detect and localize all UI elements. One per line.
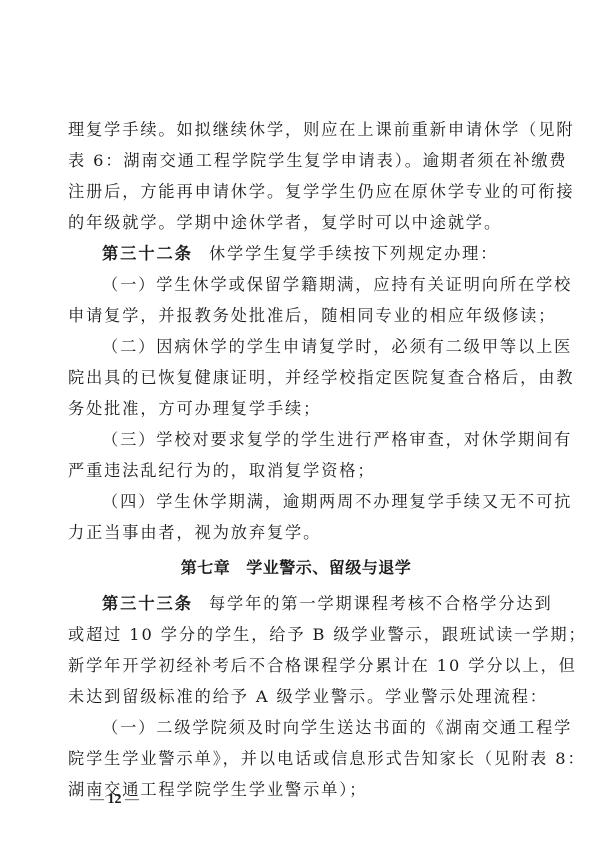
text-line: （四）学生休学期满，逾期两周不办理复学手续又无不可抗 [68,486,524,517]
article-text: 每学年的第一学期课程考核不合格学分达到 [209,594,553,613]
text-line: 注册后，方能再申请休学。复学学生仍应在原休学专业的可衔接 [68,176,524,207]
chapter-number: 第七章 [181,558,231,577]
chapter-heading: 第七章学业警示、留级与退学 [68,548,524,588]
article-label: 第三十二条 [102,244,193,263]
text-line: 院学生学业警示单》，并以电话或信息形式告知家长（见附表 8： [68,743,524,774]
text-line: 未达到留级标准的给予 A 级学业警示。学业警示处理流程： [68,681,524,712]
page-footer: — 12 — [90,792,139,808]
text-line: （一）二级学院须及时向学生送达书面的《湖南交通工程学 [68,712,524,743]
text-line: 理复学手续。如拟继续休学，则应在上课前重新申请休学（见附 [68,114,524,145]
text-line: （一）学生休学或保留学籍期满，应持有关证明向所在学校 [68,269,524,300]
footer-dash-right: — [125,792,139,807]
article-text: 休学学生复学手续按下列规定办理： [209,244,498,263]
text-line: （二）因病休学的学生申请复学时，必须有二级甲等以上医 [68,331,524,362]
text-line: 表 6：湖南交通工程学院学生复学申请表）。逾期者须在补缴费 [68,145,524,176]
text-line: 申请复学，并报教务处批准后，随相同专业的相应年级修读； [68,300,524,331]
text-line: 新学年开学初经补考后不合格课程学分累计在 10 学分以上，但 [68,650,524,681]
article-label: 第三十三条 [102,594,193,613]
text-line: 或超过 10 学分的学生，给予 B 级学业警示，跟班试读一学期； [68,619,524,650]
page-number: 12 [108,792,122,807]
text-line: 院出具的已恢复健康证明，并经学校指定医院复查合格后，由教 [68,362,524,393]
text-line: 的年级就学。学期中途休学者，复学时可以中途就学。 [68,207,524,238]
text-line: 力正当事由者，视为放弃复学。 [68,517,524,548]
text-line: 严重违法乱纪行为的，取消复学资格； [68,455,524,486]
text-line: 务处批准，方可办理复学手续； [68,393,524,424]
chapter-title: 学业警示、留级与退学 [246,558,411,577]
text-line: （三）学校对要求复学的学生进行严格审查，对休学期间有 [68,424,524,455]
article-33-heading: 第三十三条每学年的第一学期课程考核不合格学分达到 [68,588,524,619]
footer-dash-left: — [90,792,104,807]
article-32-heading: 第三十二条休学学生复学手续按下列规定办理： [68,238,524,269]
document-page: 理复学手续。如拟继续休学，则应在上课前重新申请休学（见附 表 6：湖南交通工程学… [68,114,524,805]
